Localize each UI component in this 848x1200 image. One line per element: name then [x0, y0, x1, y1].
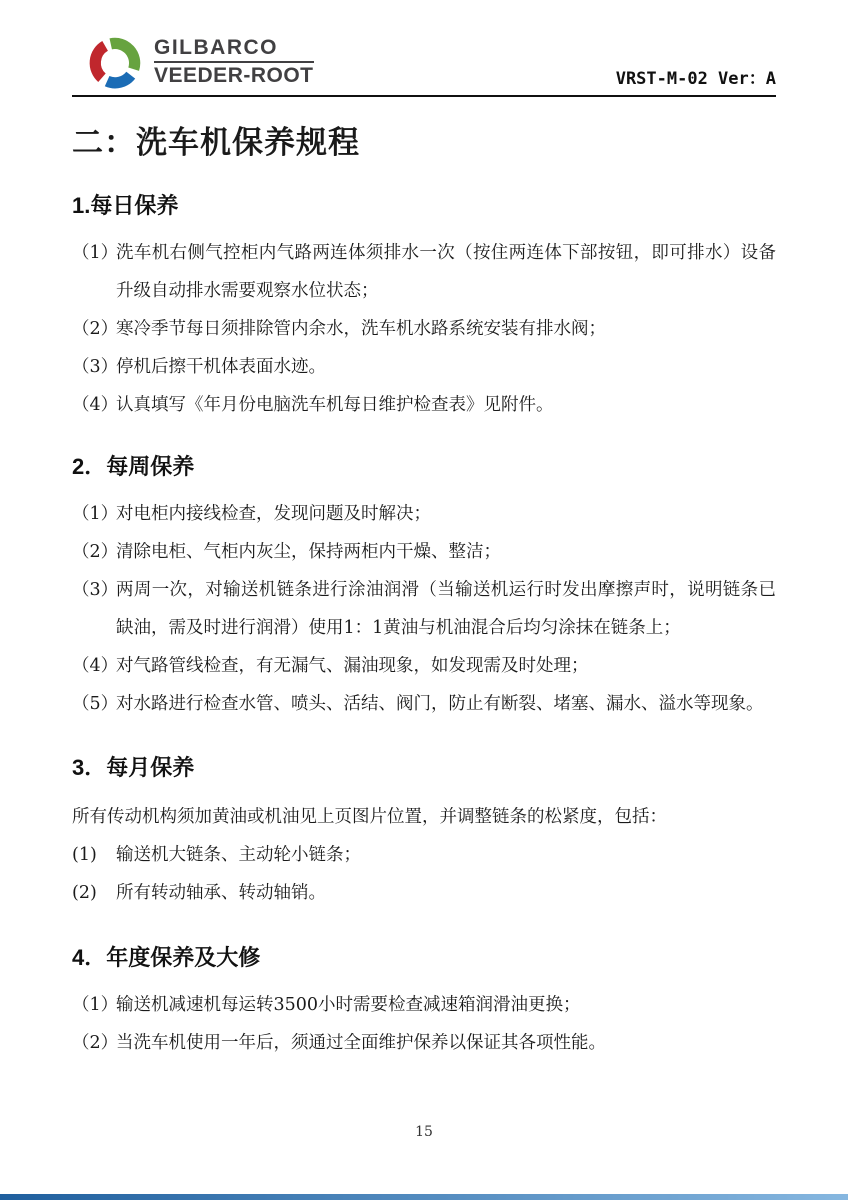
list-item-marker: （3） — [72, 348, 118, 386]
list-item-text: 当洗车机使用一年后，须通过全面维护保养以保证其各项性能。 — [116, 1033, 606, 1053]
list-item: （3） 两周一次，对输送机链条进行涂油润滑（当输送机运行时发出摩擦声时，说明链条… — [72, 571, 776, 647]
list-item: （1） 对电柜内接线检查，发现问题及时解决； — [72, 495, 776, 533]
list-item: （4） 认真填写《年月份电脑洗车机每日维护检查表》见附件。 — [72, 386, 776, 424]
list-item-marker: （4） — [72, 647, 118, 685]
page-title: 二：洗车机保养规程 — [72, 117, 776, 162]
list-item: (2) 所有转动轴承、转动轴销。 — [72, 874, 776, 912]
header-divider — [72, 95, 776, 97]
logo-wordmark: GILBARCO VEEDER-ROOT — [154, 36, 314, 89]
list-item-marker: (2) — [72, 874, 97, 912]
list-item: （1） 洗车机右侧气控柜内气路两连体须排水一次（按住两连体下部按钮，即可排水）设… — [72, 234, 776, 310]
list-item-marker: (1) — [72, 836, 97, 874]
list-item-text: 输送机大链条、主动轮小链条； — [116, 845, 361, 865]
list-item: （4） 对气路管线检查，有无漏气、漏油现象，如发现需及时处理； — [72, 647, 776, 685]
document-content: 二：洗车机保养规程 1.每日保养 （1） 洗车机右侧气控柜内气路两连体须排水一次… — [0, 117, 848, 1062]
list-item-marker: （2） — [72, 310, 118, 348]
document-code: VRST-M-02 Ver：A — [616, 64, 776, 90]
daily-maintenance-list: （1） 洗车机右侧气控柜内气路两连体须排水一次（按住两连体下部按钮，即可排水）设… — [72, 234, 776, 424]
list-item-text: 输送机减速机每运转3500小时需要检查减速箱润滑油更换； — [116, 995, 581, 1015]
gilbarco-roundel-icon — [88, 36, 142, 90]
logo-brand-line1: GILBARCO — [154, 36, 314, 63]
list-item-text: 停机后擦干机体表面水迹。 — [116, 357, 326, 377]
list-item-marker: （3） — [72, 571, 118, 609]
list-item: （2） 当洗车机使用一年后，须通过全面维护保养以保证其各项性能。 — [72, 1024, 776, 1062]
list-item: （2） 清除电柜、气柜内灰尘，保持两柜内干燥、整洁； — [72, 533, 776, 571]
list-item-text: 对水路进行检查水管、喷头、活结、阀门，防止有断裂、堵塞、漏水、溢水等现象。 — [116, 694, 764, 714]
footer-accent-bar — [0, 1194, 848, 1200]
list-item: （1） 输送机减速机每运转3500小时需要检查减速箱润滑油更换； — [72, 986, 776, 1024]
list-item-text: 对气路管线检查，有无漏气、漏油现象，如发现需及时处理； — [116, 656, 589, 676]
list-item-text: 对电柜内接线检查，发现问题及时解决； — [116, 504, 431, 524]
monthly-maintenance-list: (1) 输送机大链条、主动轮小链条； (2) 所有转动轴承、转动轴销。 — [72, 836, 776, 912]
weekly-maintenance-list: （1） 对电柜内接线检查，发现问题及时解决； （2） 清除电柜、气柜内灰尘，保持… — [72, 495, 776, 723]
section-heading-weekly: 2．每周保养 — [72, 450, 776, 481]
list-item-marker: （4） — [72, 386, 118, 424]
list-item-text: 寒冷季节每日须排除管内余水，洗车机水路系统安装有排水阀； — [116, 319, 606, 339]
logo-brand-line2: VEEDER-ROOT — [154, 63, 314, 89]
list-item-marker: （1） — [72, 234, 118, 272]
list-item-text: 清除电柜、气柜内灰尘，保持两柜内干燥、整洁； — [116, 542, 501, 562]
list-item-text: 所有转动轴承、转动轴销。 — [116, 883, 326, 903]
list-item-text: 洗车机右侧气控柜内气路两连体须排水一次（按住两连体下部按钮，即可排水）设备升级自… — [116, 243, 776, 301]
list-item-marker: （2） — [72, 1024, 118, 1062]
section-heading-daily: 1.每日保养 — [72, 189, 776, 220]
page-header: GILBARCO VEEDER-ROOT VRST-M-02 Ver：A — [0, 0, 848, 90]
section-heading-monthly: 3．每月保养 — [72, 751, 776, 782]
list-item-marker: （1） — [72, 986, 118, 1024]
list-item: （2） 寒冷季节每日须排除管内余水，洗车机水路系统安装有排水阀； — [72, 310, 776, 348]
document-page: GILBARCO VEEDER-ROOT VRST-M-02 Ver：A 二：洗… — [0, 0, 848, 1200]
gilbarco-veeder-root-logo: GILBARCO VEEDER-ROOT — [88, 36, 314, 90]
monthly-intro-text: 所有传动机构须加黄油或机油见上页图片位置，并调整链条的松紧度，包括： — [72, 798, 776, 836]
page-number: 15 — [0, 1124, 848, 1140]
list-item: （5） 对水路进行检查水管、喷头、活结、阀门，防止有断裂、堵塞、漏水、溢水等现象… — [72, 685, 776, 723]
annual-maintenance-list: （1） 输送机减速机每运转3500小时需要检查减速箱润滑油更换； （2） 当洗车… — [72, 986, 776, 1062]
list-item-marker: （5） — [72, 685, 118, 723]
section-heading-annual: 4．年度保养及大修 — [72, 941, 776, 972]
list-item-marker: （1） — [72, 495, 118, 533]
list-item: (1) 输送机大链条、主动轮小链条； — [72, 836, 776, 874]
list-item-marker: （2） — [72, 533, 118, 571]
list-item-text: 两周一次，对输送机链条进行涂油润滑（当输送机运行时发出摩擦声时，说明链条已缺油，… — [116, 580, 776, 638]
list-item-text: 认真填写《年月份电脑洗车机每日维护检查表》见附件。 — [116, 395, 554, 415]
list-item: （3） 停机后擦干机体表面水迹。 — [72, 348, 776, 386]
